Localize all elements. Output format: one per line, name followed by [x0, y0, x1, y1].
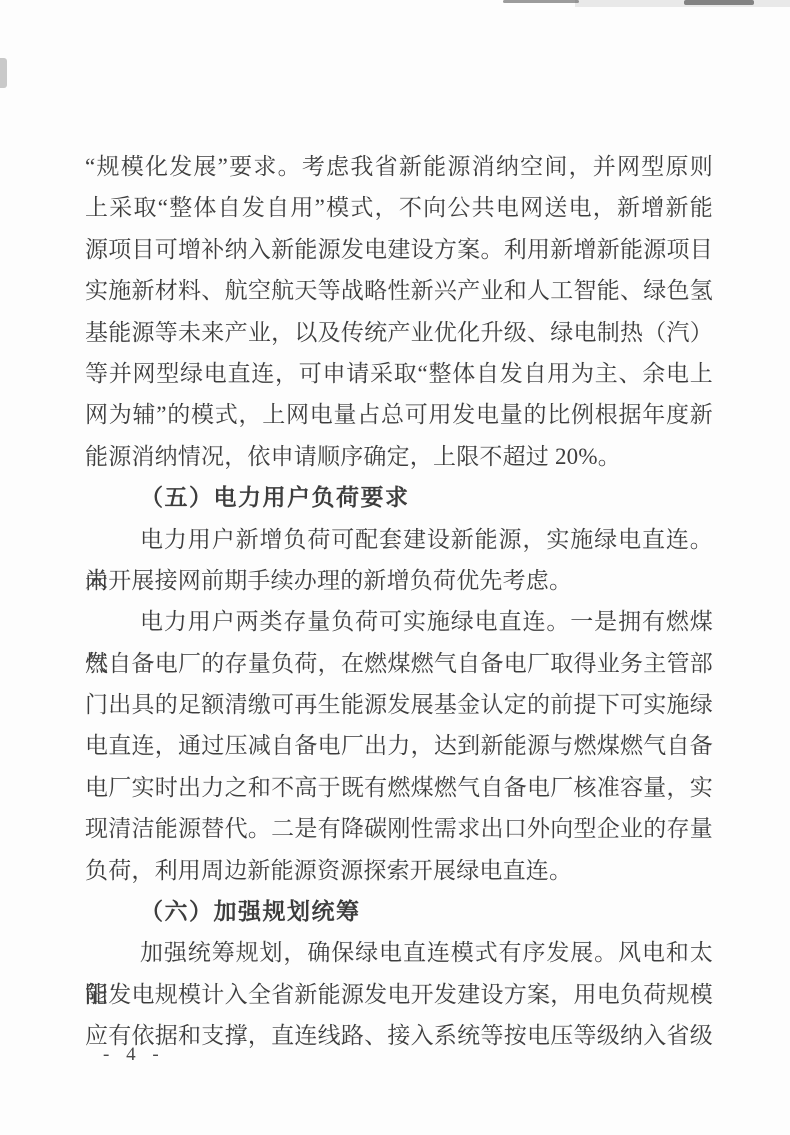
section-heading-5: （五）电力用户负荷要求	[85, 477, 713, 518]
text-line: 能发电规模计入全省新能源发电开发建设方案，用电负荷规模	[85, 974, 713, 1015]
text-line: 上采取“整体自发自用”模式，不向公共电网送电，新增新能	[85, 187, 713, 228]
text-line: 电力用户新增负荷可配套建设新能源，实施绿电直连。尚	[85, 519, 713, 560]
scan-artifact	[503, 0, 579, 3]
text-line: 等并网型绿电直连，可申请采取“整体自发自用为主、余电上	[85, 353, 713, 394]
text-line: 能源消纳情况，依申请顺序确定，上限不超过 20%。	[85, 436, 713, 477]
text-line: 源项目可增补纳入新能源发电建设方案。利用新增新能源项目	[85, 229, 713, 270]
text-line: 实施新材料、航空航天等战略性新兴产业和人工智能、绿色氢	[85, 270, 713, 311]
text-line: 基能源等未来产业，以及传统产业优化升级、绿电制热（汽）	[85, 312, 713, 353]
text-line: 负荷，利用周边新能源资源探索开展绿电直连。	[85, 850, 713, 891]
text-line: 电厂实时出力之和不高于既有燃煤燃气自备电厂核准容量，实	[85, 767, 713, 808]
document-body: “规模化发展”要求。考虑我省新能源消纳空间，并网型原则 上采取“整体自发自用”模…	[85, 146, 713, 1057]
text-line: 网为辅”的模式，上网电量占总可用发电量的比例根据年度新	[85, 394, 713, 435]
scanned-document-page: “规模化发展”要求。考虑我省新能源消纳空间，并网型原则 上采取“整体自发自用”模…	[0, 0, 790, 1135]
text-line: 加强统筹规划，确保绿电直连模式有序发展。风电和太阳	[85, 932, 713, 973]
text-line: 电力用户两类存量负荷可实施绿电直连。一是拥有燃煤燃	[85, 601, 713, 642]
text-line: “规模化发展”要求。考虑我省新能源消纳空间，并网型原则	[85, 146, 713, 187]
page-number: - 4 -	[103, 1044, 165, 1066]
scan-artifact	[684, 0, 754, 5]
text-line: 未开展接网前期手续办理的新增负荷优先考虑。	[85, 560, 713, 601]
text-line: 应有依据和支撑，直连线路、接入系统等按电压等级纳入省级	[85, 1015, 713, 1056]
text-line: 气自备电厂的存量负荷，在燃煤燃气自备电厂取得业务主管部	[85, 643, 713, 684]
text-line: 现清洁能源替代。二是有降碳刚性需求出口外向型企业的存量	[85, 808, 713, 849]
text-line: 门出具的足额清缴可再生能源发展基金认定的前提下可实施绿	[85, 684, 713, 725]
text-line: 电直连，通过压减自备电厂出力，达到新能源与燃煤燃气自备	[85, 725, 713, 766]
scan-artifact	[0, 58, 7, 88]
section-heading-6: （六）加强规划统筹	[85, 891, 713, 932]
scan-artifact	[575, 0, 790, 7]
